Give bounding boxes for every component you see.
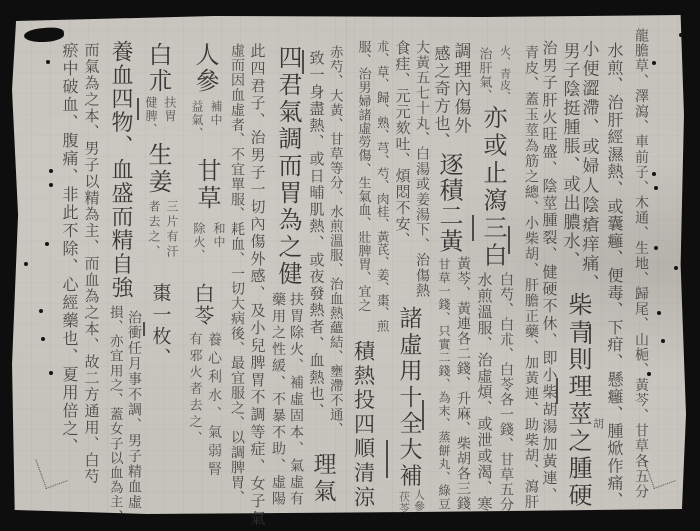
- margin-dot: [49, 169, 53, 173]
- emphasis-mark: [137, 98, 139, 120]
- emphasis-mark: [143, 322, 145, 336]
- annotation-column: 小便澀滯、或婦人陰瘡痒痛、: [580, 40, 597, 294]
- emphasis-mark: [386, 440, 388, 478]
- margin-dot: [652, 61, 656, 65]
- margin-dot: [674, 266, 678, 270]
- annotation-column: 服、治男婦諸虛勞傷、生氣血、壯脾胃、宜之: [357, 40, 370, 312]
- interlinear-gloss: 人參: [414, 489, 425, 512]
- emphasis-mark: [302, 50, 304, 74]
- margin-dot: [24, 262, 28, 266]
- herb-name: 白苓: [193, 283, 213, 327]
- margin-dot: [661, 339, 665, 343]
- annotation-column: 水煎溫服、治虛煩、或泄或渴、寒: [477, 272, 492, 512]
- verse-column: 柴青則理莖之腫硬: [566, 292, 590, 510]
- verse-column: 養血四物、血盛而精自強: [109, 40, 131, 300]
- interlinear-gloss: 扶胃: [164, 96, 176, 123]
- margin-dot: [654, 246, 658, 250]
- interlinear-gloss: 補中: [210, 100, 222, 127]
- margin-dot: [652, 172, 656, 176]
- annotation-column: 感之奇方也、: [433, 45, 449, 150]
- interlinear-gloss: 火、青皮、: [500, 45, 511, 103]
- herb-name: 白朮: [146, 42, 170, 94]
- margin-dot: [49, 371, 53, 375]
- verse-column: 積熱投四順清涼: [353, 340, 374, 510]
- interlinear-gloss: 有邪火者去之、: [188, 332, 201, 448]
- margin-dot: [654, 186, 658, 190]
- interlinear-gloss: 茯苓: [399, 491, 410, 514]
- verse-column: 諸虛用十全大補: [397, 306, 420, 489]
- interlinear-gloss: 胡: [593, 418, 604, 429]
- interlinear-gloss: 者去之、: [148, 200, 160, 260]
- annotation-column: 白芍、白朮、白苓各一錢、甘草五分: [499, 272, 513, 512]
- page-fold: [346, 15, 347, 514]
- annotation-column: 青皮、蓋玉莖為筋之總、小柴胡、肝膽正藥、加黃連、助柴胡、瀉肝: [524, 45, 538, 510]
- annotation-column: 治衝任月事不調、男子精血虛: [127, 310, 141, 510]
- annotation-column: 男子陰挺腫脹、或出膿水、: [561, 42, 578, 270]
- interlinear-gloss: 治肝氣、: [478, 47, 491, 103]
- annotation-column: 此四君子、治男子一切內傷外感、及小兒脾胃不調等症、女子氣: [250, 43, 265, 527]
- margin-dot: [39, 309, 43, 313]
- annotation-column: 大黃五七十丸、白湯或姜湯下、治傷熱: [415, 40, 429, 298]
- herb-name: 棗一枚、: [151, 283, 170, 369]
- margin-dot: [49, 183, 53, 187]
- margin-dot: [45, 242, 49, 246]
- annotation-column: 朮、草、歸、熟、芎、芍、肉桂、黃芪、姜、棗、煎: [376, 40, 389, 332]
- annotation-column: 黃芩、黃連各二錢、升麻、柴胡各三錢: [456, 256, 470, 511]
- margin-dot: [46, 60, 50, 64]
- margin-dot: [647, 372, 651, 376]
- annotation-column: 治男子肝火旺盛、陰莖腫裂、健硬不休、即小柴胡湯加黃連、: [542, 40, 557, 504]
- herb-name: 生姜: [146, 142, 170, 196]
- annotation-column: 損、亦宜用之、蓋女子以血為主、: [107, 305, 121, 524]
- emphasis-mark: [422, 400, 424, 430]
- emphasis-mark: [556, 378, 558, 404]
- herb-name: 甘草: [195, 158, 219, 212]
- emphasis-mark: [589, 324, 591, 344]
- verse-column: 理氣: [311, 452, 334, 506]
- emphasis-mark: [472, 215, 474, 241]
- annotation-column: 而氣為之本、男子以精為主、而血為之本、故二方通用、白芍: [84, 42, 99, 485]
- verse-column: 逐積二黃: [437, 152, 461, 254]
- margin-dot: [657, 311, 661, 315]
- verse-column: 四君氣調而胃為之健: [276, 45, 300, 288]
- margin-dot: [679, 33, 683, 37]
- interlinear-gloss: 除火、: [193, 222, 205, 263]
- annotation-column: 藥用之性緩、不暴不助、虛陽: [271, 292, 285, 508]
- interlinear-gloss: 三片有汗: [166, 200, 178, 260]
- interlinear-gloss: 和中: [213, 222, 225, 249]
- annotation-column: 赤芍、大黃、甘草等分、水煎溫服、治血熱蘊結、壅滯不通、: [327, 45, 341, 437]
- interlinear-gloss: 益氣、: [191, 100, 203, 141]
- interlinear-gloss: 養心利水、氣弱腎: [207, 332, 221, 480]
- margin-dot: [41, 337, 45, 341]
- herb-name: 人參: [193, 42, 217, 94]
- emphasis-mark: [508, 226, 510, 254]
- annotation-column: 食疰、元元欬吐、煩悶不安、: [395, 40, 410, 248]
- verse-column: 亦或止瀉三白: [481, 105, 505, 270]
- manuscript-scan: 龍膽草、澤瀉、車前子、木通、生地、歸尾、山梔、黃芩、甘草各五分 水煎、治肝經濕熱…: [0, 0, 700, 531]
- annotation-column: 龍膽草、澤瀉、車前子、木通、生地、歸尾、山梔、黃芩、甘草各五分: [634, 28, 648, 499]
- annotation-column: 扶胃除火、補虛固本、氣虛有: [289, 292, 303, 508]
- annotation-column: 瘀中破血、腹痛、非此不除、心經藥也、夏用倍之、: [61, 42, 77, 456]
- annotation-column: 甘草一錢、只實二錢、為末、蒸餅丸、綠豆: [438, 258, 450, 511]
- annotation-column: 致一身盡熱、或日晡肌熱、或夜發熱者、血熱也、: [309, 50, 324, 420]
- annotation-column: 虛而因血虛者、不宜單服、耗血、一切大病後、最宜服之、以調脾胃、: [230, 43, 244, 505]
- annotation-column: 調理內傷外: [452, 42, 469, 135]
- annotation-column: 水煎、治肝經濕熱、或囊癰、便毒、下疳、懸癰、腫焮作痛、: [606, 42, 622, 509]
- interlinear-gloss: 健脾、: [145, 96, 157, 137]
